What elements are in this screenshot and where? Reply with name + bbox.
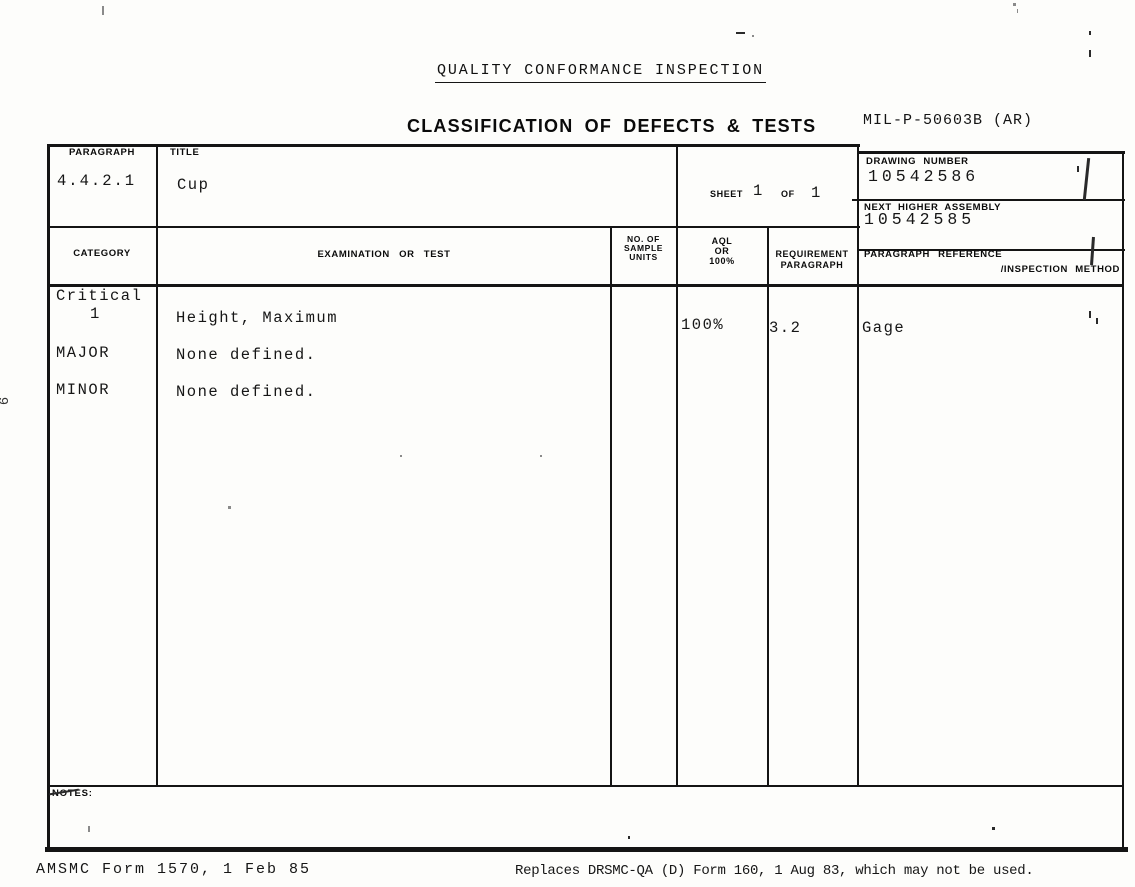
row-critical-reference: Gage	[862, 319, 905, 337]
scanned-form-page: { "page": { "side_page_number": "9", "ma…	[0, 0, 1135, 887]
scan-artifact	[1096, 318, 1098, 324]
scan-artifact	[400, 455, 402, 457]
sample-column-divider	[610, 228, 612, 786]
scan-artifact	[540, 455, 542, 457]
category-column-divider	[156, 144, 158, 787]
title-label: TITLE	[170, 147, 199, 158]
scan-artifact	[1013, 3, 1016, 6]
title-row-divider	[47, 226, 860, 228]
column-header-aql: OR	[677, 246, 767, 256]
sheet-of-label: OF	[781, 189, 795, 199]
table-top-border	[47, 144, 860, 147]
table-right-border	[1122, 151, 1124, 851]
column-header-paragraph-reference: PARAGRAPH REFERENCE	[864, 249, 1002, 260]
row-critical-examination: Height, Maximum	[176, 309, 338, 327]
pen-mark	[1090, 237, 1095, 265]
column-header-examination: EXAMINATION OR TEST	[157, 249, 611, 260]
requirement-column-divider	[767, 228, 769, 786]
sheet-label: SHEET	[710, 189, 743, 199]
row-major-examination: None defined.	[176, 346, 316, 364]
notes-row-divider	[47, 785, 1124, 787]
scan-artifact	[1089, 31, 1091, 35]
scan-artifact	[1017, 9, 1018, 13]
column-header-aql: AQL	[677, 236, 767, 246]
pen-mark	[1083, 158, 1090, 200]
row-minor-category: MINOR	[56, 381, 110, 399]
side-page-number: 9	[0, 397, 10, 405]
sheet-total-value: 1	[811, 184, 822, 202]
row-critical-category: Critical	[56, 287, 142, 305]
title-value: Cup	[177, 176, 209, 194]
scan-artifact	[228, 506, 231, 509]
page-title: QUALITY CONFORMANCE INSPECTION	[435, 62, 766, 83]
pen-mark	[1077, 166, 1079, 172]
paragraph-label: PARAGRAPH	[47, 147, 157, 158]
row-critical-number: 1	[90, 305, 101, 323]
replaces-text: Replaces DRSMC-QA (D) Form 160, 1 Aug 83…	[515, 863, 1034, 879]
row-major-category: MAJOR	[56, 344, 110, 362]
column-header-category: CATEGORY	[47, 248, 157, 259]
row-minor-examination: None defined.	[176, 383, 316, 401]
spec-number: MIL-P-50603B (AR)	[863, 112, 1033, 129]
table-bottom-border	[45, 847, 1128, 852]
drawing-number-label: DRAWING NUMBER	[866, 156, 969, 167]
reference-column-divider	[857, 144, 859, 787]
row-critical-aql: 100%	[681, 316, 724, 334]
paragraph-value: 4.4.2.1	[57, 172, 136, 190]
column-header-inspection-method: /INSPECTION METHOD	[864, 264, 1120, 275]
scan-artifact	[992, 827, 995, 830]
scan-artifact	[1089, 311, 1091, 318]
column-header-requirement: REQUIREMENT	[767, 249, 857, 259]
sheet-current-value: 1	[753, 182, 764, 200]
drawing-number-value: 10542586	[868, 167, 979, 186]
right-box-top-border	[858, 151, 1125, 154]
row-critical-requirement: 3.2	[769, 319, 801, 337]
form-id-text: AMSMC Form 1570, 1 Feb 85	[36, 861, 311, 878]
scan-artifact	[736, 32, 745, 34]
next-higher-assembly-value: 10542585	[864, 210, 975, 229]
form-title: CLASSIFICATION OF DEFECTS & TESTS	[407, 116, 816, 137]
column-header-requirement: PARAGRAPH	[767, 260, 857, 270]
scan-artifact	[102, 6, 104, 15]
scan-artifact	[628, 836, 630, 839]
scan-artifact	[88, 826, 90, 832]
scan-artifact	[752, 35, 754, 37]
column-header-aql: 100%	[677, 256, 767, 266]
header-row-divider	[47, 284, 1124, 287]
scan-artifact	[1089, 50, 1091, 57]
column-header-sample-units: UNITS	[610, 252, 677, 262]
